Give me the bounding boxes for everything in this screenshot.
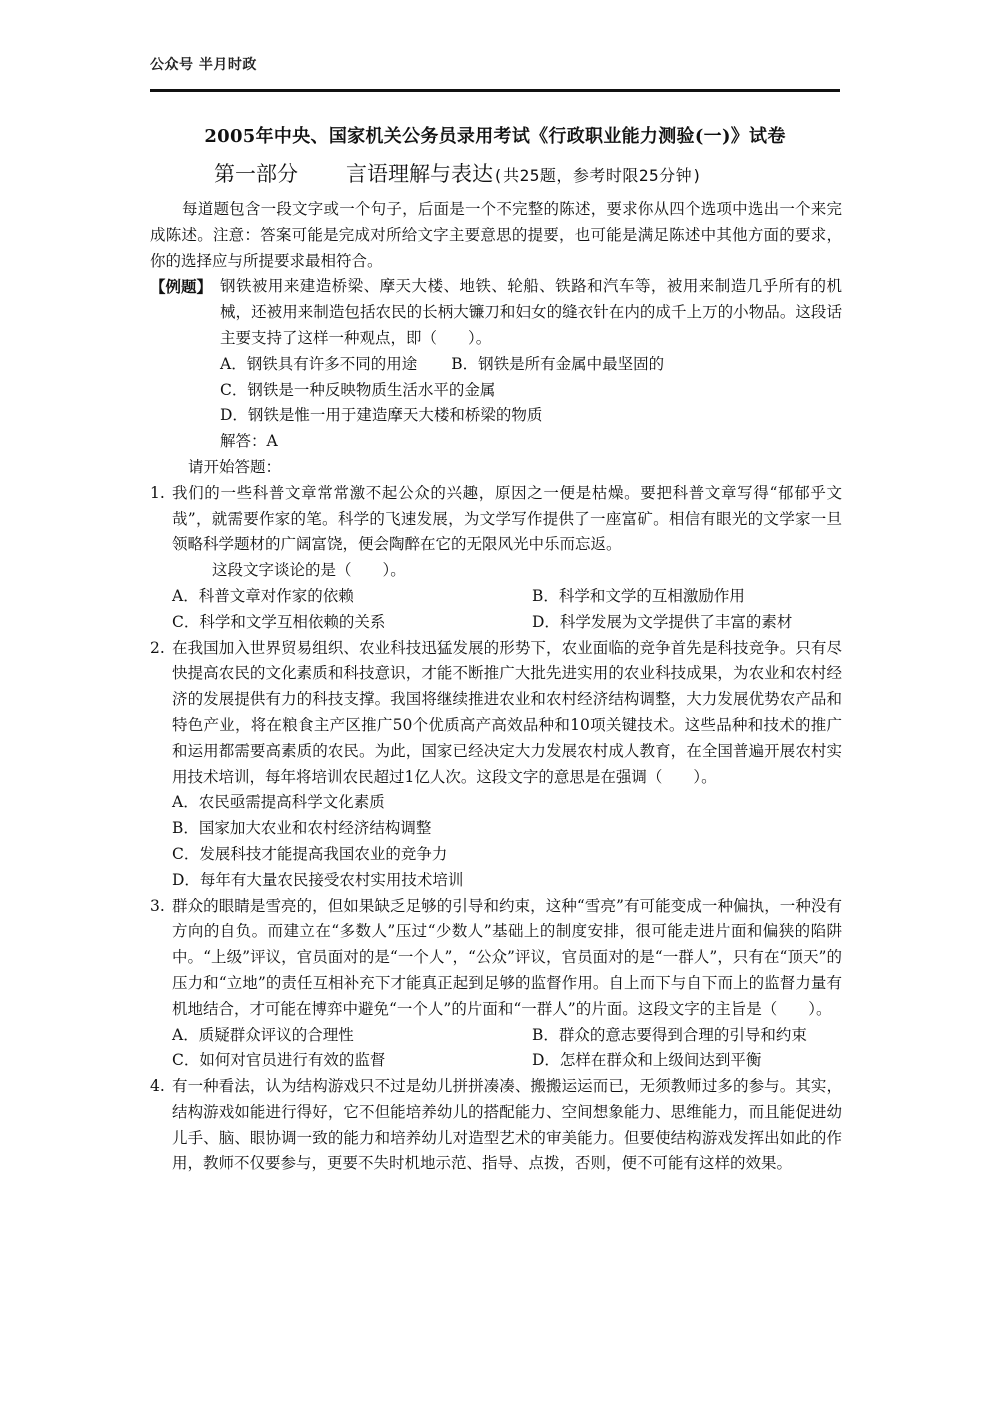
option-b: B．群众的意志要得到合理的引导和约束 [532,1023,807,1049]
question-stem: 在我国加入世界贸易组织、农业科技迅猛发展的形势下，农业面临的竞争首先是科技竞争。… [172,636,842,791]
section-note: (共25题，参考时限25分钟) [493,166,702,185]
document-body: 每道题包含一段文字或一个句子，后面是一个不完整的陈述，要求你从四个选项中选出一个… [150,197,842,1177]
example-option-d: D．钢铁是惟一用于建造摩天大楼和桥梁的物质 [220,403,842,429]
example-option-b: B．钢铁是所有金属中最坚固的 [451,355,664,373]
question-2: 2. 在我国加入世界贸易组织、农业科技迅猛发展的形势下，农业面临的竞争首先是科技… [150,636,842,894]
question-number: 2. [150,636,172,894]
question-number: 1. [150,481,172,636]
option-a: A．质疑群众评议的合理性 [172,1023,532,1049]
question-stem: 群众的眼睛是雪亮的，但如果缺乏足够的引导和约束，这种“雪亮”有可能变成一种偏执，… [172,894,842,1023]
part-name: 第一部分 [214,162,298,186]
option-c: C．如何对官员进行有效的监督 [172,1048,532,1074]
example-option-a: A．钢铁具有许多不同的用途 [220,355,417,373]
part-heading: 第一部分言语理解与表达(共25题，参考时限25分钟) [214,158,702,188]
options-row: A．质疑群众评议的合理性 B．群众的意志要得到合理的引导和约束 [172,1023,842,1049]
question-1: 1. 我们的一些科普文章常常激不起公众的兴趣，原因之一便是枯燥。要把科普文章写得… [150,481,842,636]
option-c: C．科学和文学互相依赖的关系 [172,610,532,636]
question-4: 4. 有一种看法，认为结构游戏只不过是幼儿拼拼凑凑、搬搬运运而已，无须教师过多的… [150,1074,842,1177]
option-d: D．科学发展为文学提供了丰富的素材 [532,610,792,636]
question-stem: 我们的一些科普文章常常激不起公众的兴趣，原因之一便是枯燥。要把科普文章写得“郁郁… [172,481,842,558]
section-name: 言语理解与表达 [346,162,493,186]
question-prompt: 这段文字谈论的是（ ）。 [172,558,842,584]
example-options-ab: A．钢铁具有许多不同的用途B．钢铁是所有金属中最坚固的 [220,352,842,378]
option-c: C．发展科技才能提高我国农业的竞争力 [172,842,842,868]
example-answer: 解答：A [220,429,842,455]
example-stem: 钢铁被用来建造桥梁、摩天大楼、地铁、轮船、铁路和汽车等，被用来制造几乎所有的机械… [220,274,842,351]
question-3: 3. 群众的眼睛是雪亮的，但如果缺乏足够的引导和约束，这种“雪亮”有可能变成一种… [150,894,842,1075]
header-label: 公众号 半月时政 [150,54,257,74]
option-d: D．每年有大量农民接受农村实用技术培训 [172,868,842,894]
example-option-c: C．钢铁是一种反映物质生活水平的金属 [220,378,842,404]
start-prompt: 请开始答题： [150,455,842,481]
options-row: C．科学和文学互相依赖的关系 D．科学发展为文学提供了丰富的素材 [172,610,842,636]
example-tag: 【例题】 [150,274,220,455]
question-stem: 有一种看法，认为结构游戏只不过是幼儿拼拼凑凑、搬搬运运而已，无须教师过多的参与。… [172,1074,842,1177]
question-number: 4. [150,1074,172,1177]
header-divider [150,89,840,92]
option-b: B．国家加大农业和农村经济结构调整 [172,816,842,842]
question-number: 3. [150,894,172,1075]
instructions: 每道题包含一段文字或一个句子，后面是一个不完整的陈述，要求你从四个选项中选出一个… [150,197,842,274]
option-a: A．农民亟需提高科学文化素质 [172,790,842,816]
options-row: A．科普文章对作家的依赖 B．科学和文学的互相激励作用 [172,584,842,610]
options-row: C．如何对官员进行有效的监督 D．怎样在群众和上级间达到平衡 [172,1048,842,1074]
option-b: B．科学和文学的互相激励作用 [532,584,745,610]
option-a: A．科普文章对作家的依赖 [172,584,532,610]
document-title: 2005年中央、国家机关公务员录用考试《行政职业能力测验(一)》试卷 [150,122,840,148]
example-question: 【例题】 钢铁被用来建造桥梁、摩天大楼、地铁、轮船、铁路和汽车等，被用来制造几乎… [150,274,842,455]
option-d: D．怎样在群众和上级间达到平衡 [532,1048,761,1074]
